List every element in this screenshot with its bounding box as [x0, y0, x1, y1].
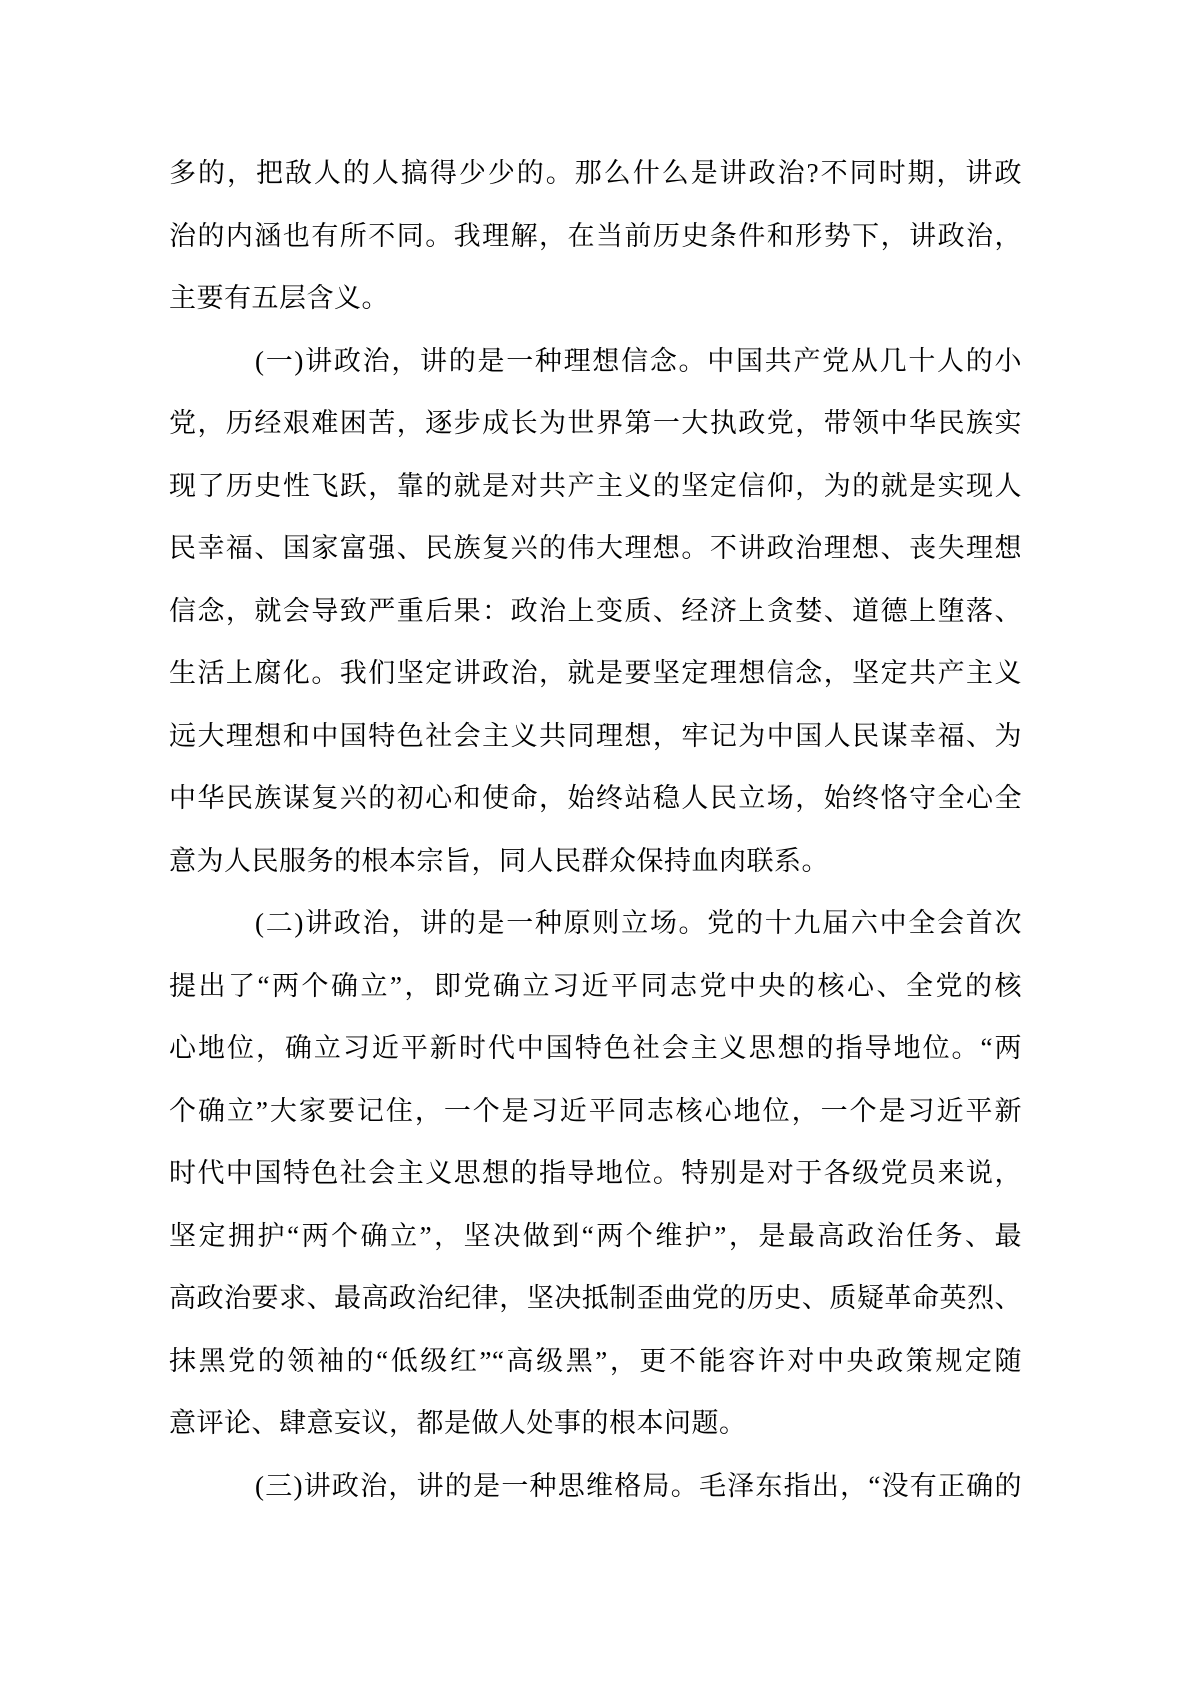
text-line: 时代中国特色社会主义思想的指导地位。特别是对于各级党员来说， [169, 1142, 1022, 1205]
text-line: 个确立”大家要记住，一个是习近平同志核心地位，一个是习近平新 [169, 1080, 1022, 1143]
text-line: 主要有五层含义。 [169, 267, 1022, 330]
text-line: 民幸福、国家富强、民族复兴的伟大理想。不讲政治理想、丧失理想 [169, 517, 1022, 580]
text-line: 意为人民服务的根本宗旨，同人民群众保持血肉联系。 [169, 830, 1022, 893]
text-line: 治的内涵也有所不同。我理解，在当前历史条件和形势下，讲政治， [169, 205, 1022, 268]
text-line: 心地位，确立习近平新时代中国特色社会主义思想的指导地位。“两 [169, 1017, 1022, 1080]
text-line: 抹黑党的领袖的“低级红”“高级黑”，更不能容许对中央政策规定随 [169, 1330, 1022, 1393]
text-line: 中华民族谋复兴的初心和使命，始终站稳人民立场，始终恪守全心全 [169, 767, 1022, 830]
text-line: 信念，就会导致严重后果：政治上变质、经济上贪婪、道德上堕落、 [169, 580, 1022, 643]
text-line: 现了历史性飞跃，靠的就是对共产主义的坚定信仰，为的就是实现人 [169, 455, 1022, 518]
text-line: 生活上腐化。我们坚定讲政治，就是要坚定理想信念，坚定共产主义 [169, 642, 1022, 705]
text-line: 高政治要求、最高政治纪律，坚决抵制歪曲党的历史、质疑革命英烈、 [169, 1267, 1022, 1330]
text-line: 远大理想和中国特色社会主义共同理想，牢记为中国人民谋幸福、为 [169, 705, 1022, 768]
text-line: 提出了“两个确立”，即党确立习近平同志党中央的核心、全党的核 [169, 955, 1022, 1018]
text-line: (二)讲政治，讲的是一种原则立场。党的十九届六中全会首次 [169, 892, 1022, 955]
text-line: 党，历经艰难困苦，逐步成长为世界第一大执政党，带领中华民族实 [169, 392, 1022, 455]
text-line: (一)讲政治，讲的是一种理想信念。中国共产党从几十人的小 [169, 330, 1022, 393]
document-page: 多的，把敌人的人搞得少少的。那么什么是讲政治?不同时期，讲政治的内涵也有所不同。… [0, 0, 1190, 1683]
text-line: 意评论、肆意妄议，都是做人处事的根本问题。 [169, 1392, 1022, 1455]
text-line: 坚定拥护“两个确立”，坚决做到“两个维护”，是最高政治任务、最 [169, 1205, 1022, 1268]
page-text: 多的，把敌人的人搞得少少的。那么什么是讲政治?不同时期，讲政治的内涵也有所不同。… [169, 142, 1022, 1517]
text-line: (三)讲政治，讲的是一种思维格局。毛泽东指出，“没有正确的 [169, 1455, 1022, 1518]
text-line: 多的，把敌人的人搞得少少的。那么什么是讲政治?不同时期，讲政 [169, 142, 1022, 205]
